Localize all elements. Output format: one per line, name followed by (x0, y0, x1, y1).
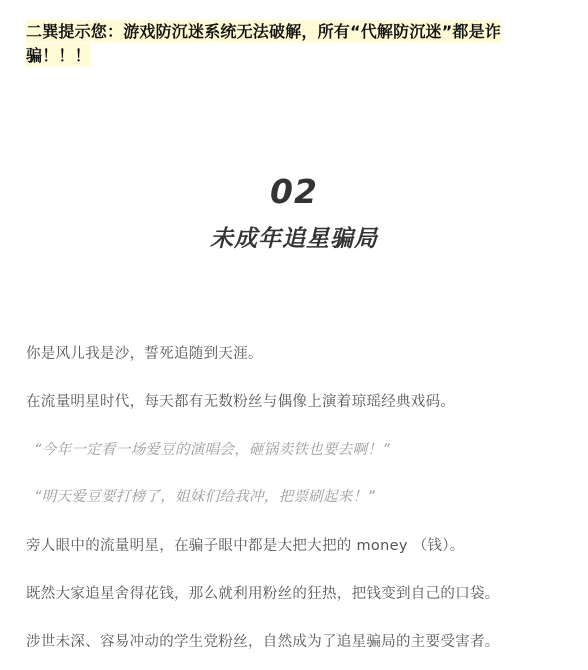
paragraph: 你是风儿我是沙，誓死追随到天涯。 (26, 343, 566, 365)
section-title: 未成年追星骗局 (0, 222, 588, 256)
quote-paragraph: “今年一定看一场爱豆的演唱会，砸锅卖铁也要去啊！” (34, 439, 574, 461)
notice-highlight-text: 二巽提示您：游戏防沉迷系统无法破解，所有“代解防沉迷”都是诈骗！！！ (26, 20, 501, 67)
paragraph: 既然大家追星舍得花钱，那么就利用粉丝的狂热，把钱变到自己的口袋。 (26, 583, 566, 605)
section-number: 02 (0, 172, 588, 212)
anti-fraud-notice: 二巽提示您：游戏防沉迷系统无法破解，所有“代解防沉迷”都是诈骗！！！ (26, 20, 562, 68)
quote-paragraph: “明天爱豆要打榜了，姐妹们给我冲，把票刷起来！” (34, 486, 574, 508)
paragraph: 涉世未深、容易冲动的学生党粉丝，自然成为了追星骗局的主要受害者。 (26, 631, 566, 653)
paragraph: 旁人眼中的流量明星，在骗子眼中都是大把大把的 money （钱）。 (26, 535, 566, 557)
paragraph: 在流量明星时代，每天都有无数粉丝与偶像上演着琼瑶经典戏码。 (26, 391, 566, 413)
